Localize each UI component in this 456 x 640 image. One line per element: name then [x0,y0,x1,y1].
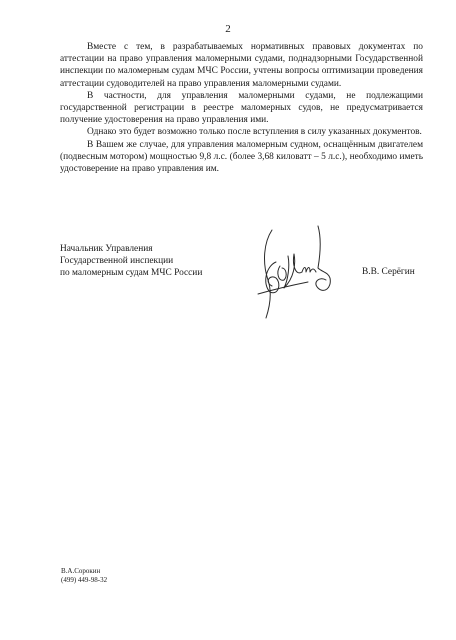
page-number: 2 [0,23,456,35]
signer-name: В.В. Серёгин [362,267,415,277]
paragraph: Однако это будет возможно только после в… [60,126,423,138]
signatory-title-line: по маломерным судам МЧС России [60,267,202,279]
paragraph: Вместе с тем, в разрабатываемых норматив… [60,41,423,90]
paragraph: В частности, для управления маломерными … [60,90,423,127]
executor-info: В.А.Сорокин (499) 449-98-32 [61,567,107,585]
signatory-title: Начальник Управления Государственной инс… [60,243,202,279]
document-page: 2 Вместе с тем, в разрабатываемых нормат… [0,0,456,640]
paragraph: В Вашем же случае, для управления маломе… [60,139,423,176]
handwritten-signature-icon [250,222,340,322]
signatory-title-line: Начальник Управления [60,243,202,255]
executor-phone: (499) 449-98-32 [61,576,107,585]
executor-name: В.А.Сорокин [61,567,107,576]
letter-body: Вместе с тем, в разрабатываемых норматив… [60,41,423,175]
signatory-title-line: Государственной инспекции [60,255,202,267]
